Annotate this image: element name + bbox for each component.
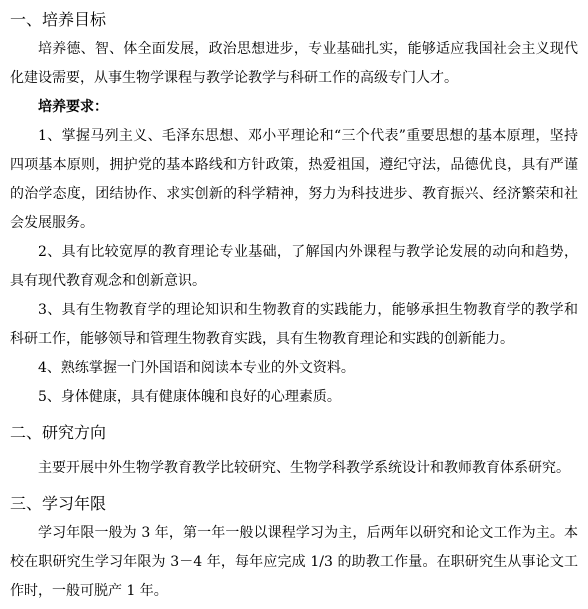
training-requirements-label: 培养要求： [10, 93, 578, 122]
research-directions-body: 主要开展中外生物学教育教学比较研究、生物学科教学系统设计和教师教育体系研究。 [10, 454, 578, 483]
section-heading-research-directions: 二、研究方向 [10, 418, 578, 448]
section-heading-study-duration: 三、学习年限 [10, 489, 578, 519]
training-objectives-intro: 培养德、智、体全面发展，政治思想进步，专业基础扎实，能够适应我国社会主义现代化建… [10, 35, 578, 93]
document-page: 一、培养目标 培养德、智、体全面发展，政治思想进步，专业基础扎实，能够适应我国社… [0, 0, 588, 609]
study-duration-body: 学习年限一般为 3 年，第一年一般以课程学习为主，后两年以研究和论文工作为主。本… [10, 519, 578, 606]
requirement-item-5: 5、身体健康，具有健康体魄和良好的心理素质。 [10, 383, 578, 412]
requirement-item-4: 4、熟练掌握一门外国语和阅读本专业的外文资料。 [10, 354, 578, 383]
requirement-item-3: 3、具有生物教育学的理论知识和生物教育的实践能力，能够承担生物教育学的教学和科研… [10, 296, 578, 354]
requirement-item-2: 2、具有比较宽厚的教育理论专业基础，了解国内外课程与教学论发展的动向和趋势，具有… [10, 238, 578, 296]
requirement-item-1: 1、掌握马列主义、毛泽东思想、邓小平理论和“三个代表”重要思想的基本原理，坚持四… [10, 122, 578, 238]
section-heading-training-objectives: 一、培养目标 [10, 5, 578, 35]
